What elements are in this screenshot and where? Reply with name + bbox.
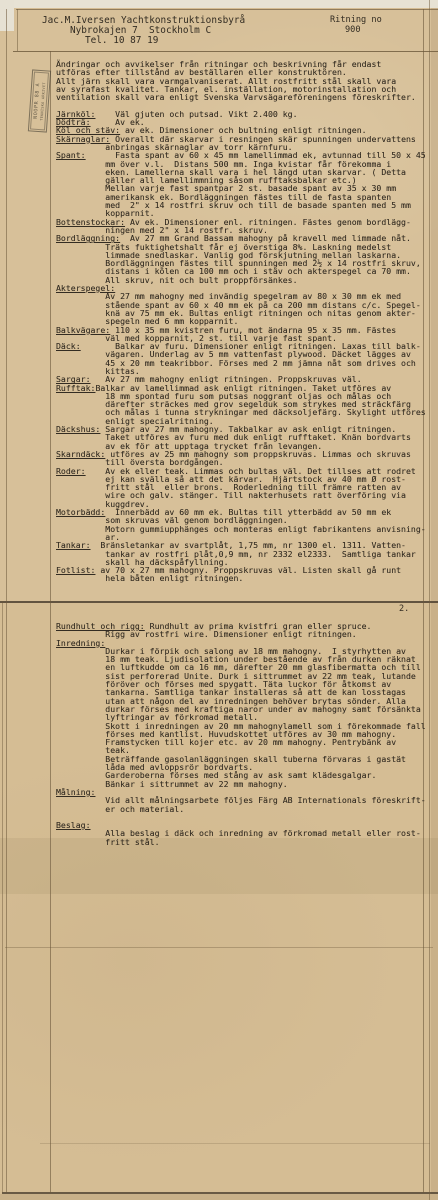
entry-text: ventilation skall vara enligt Svenska Va…	[56, 92, 416, 102]
document-sheet: NOOPR 88 A TEKNISKA ARKIVET Jac.M.Iverse…	[0, 0, 438, 1200]
frame-line-bottom	[2, 1192, 438, 1194]
text-line: er och material.	[56, 805, 438, 813]
page-separator-rule	[0, 601, 438, 603]
paper-crease-line	[40, 1143, 430, 1144]
entry-text: fritt stål.	[56, 837, 160, 847]
frame-line-left-top	[17, 9, 18, 51]
text-line: Bänkar i sittrummet av 22 mm mahogny.	[56, 780, 438, 788]
frame-line-top	[16, 9, 438, 10]
text-line: fritt stål.	[56, 838, 438, 846]
letterhead-rule	[13, 51, 438, 52]
page2-specification-text: Rundhult och rigg: Rundhult av prima kvi…	[0, 622, 438, 846]
text-line: ventilation skall vara enligt Svenska Va…	[56, 93, 438, 101]
entry-text: hela båten enligt ritningen.	[56, 573, 243, 583]
text-line: Rigg av rostfri wire. Dimensioner enligt…	[56, 630, 438, 638]
frame-line-middle	[5, 947, 433, 948]
drawing-number-value: 900	[345, 25, 361, 35]
entry-text: er och material.	[56, 804, 184, 814]
page1-specification-text: Ändringar och avvikelser från ritningar …	[0, 60, 438, 583]
scan-background-top	[0, 0, 438, 8]
paper-bottom-edge	[0, 1194, 438, 1200]
text-line: hela båten enligt ritningen.	[56, 574, 438, 582]
text-line	[56, 813, 438, 821]
company-phone: Tel. 10 87 19	[85, 35, 158, 46]
scan-background-corner	[0, 0, 14, 31]
page-number: 2.	[399, 604, 409, 614]
drawing-number-label: Ritning no	[330, 15, 382, 25]
